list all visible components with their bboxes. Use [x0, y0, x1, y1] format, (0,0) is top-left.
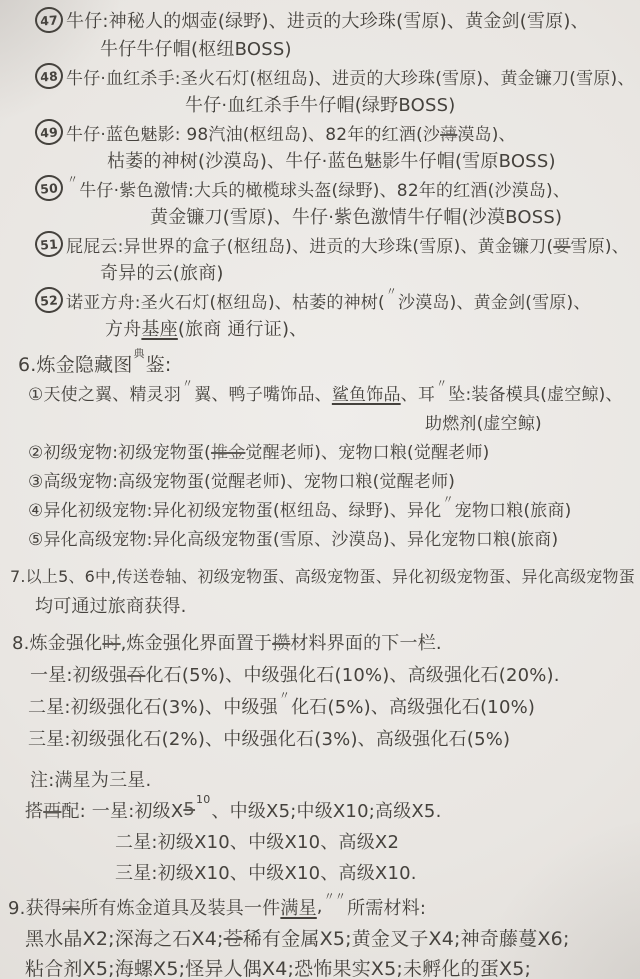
- circled-number: 51: [34, 230, 64, 258]
- note-line: ④异化初级宠物:异化初级宠物蛋(枢纽岛、绿野)、异化〃宠物口粮(旅商): [0, 494, 640, 523]
- circled-number: 48: [34, 62, 64, 90]
- text-segment: 诺亚方舟:圣火石灯(枢纽岛)、枯萎的神树(: [66, 288, 385, 313]
- text-segment: 10: [196, 794, 210, 805]
- note-line: 牛仔·血红杀手牛仔帽(绿野BOSS): [0, 90, 640, 118]
- note-line: 52诺亚方舟:圣火石灯(枢纽岛)、枯萎的神树(〃沙漠岛)、黄金剑(雪原)、: [0, 286, 640, 314]
- note-lines: 47牛仔:神秘人的烟壶(绿野)、进贡的大珍珠(雪原)、黄金剑(雪原)、牛仔牛仔帽…: [0, 6, 640, 979]
- text-segment: 沙漠岛)、黄金剑(雪原)、: [398, 288, 591, 313]
- text-segment: 〃: [279, 690, 290, 701]
- note-line: 三星:初级强化石(2%)、中级强化石(3%)、高级强化石(5%): [0, 722, 640, 754]
- text-segment: 一星:初级强: [30, 661, 127, 687]
- note-line: 注:满星为三星.: [0, 764, 640, 794]
- note-line: 48牛仔·血红杀手:圣火石灯(枢纽岛)、进贡的大珍珠(雪原)、黄金镰刀(雪原)、: [0, 62, 640, 90]
- note-line: 8.炼金强化时,炼金强化界面置于攒材料界面的下一栏.: [0, 626, 640, 658]
- text-segment: 漠岛)、: [457, 120, 515, 145]
- text-segment: 坠:装备模具(虚空鲸)、: [448, 380, 622, 405]
- text-segment: 二星:初级强化石(3%)、中级强: [28, 693, 278, 719]
- text-segment: 吞: [127, 661, 145, 687]
- text-segment: ,炼金强化界面置于: [121, 629, 273, 655]
- text-segment: 助燃剂(虚空鲸): [425, 409, 542, 434]
- note-line: ③高级宠物:高级宠物蛋(觉醒老师)、宠物口粮(觉醒老师): [0, 465, 640, 494]
- text-segment: 材料界面的下一栏.: [290, 629, 442, 655]
- text-segment: 6.炼金隐藏图: [18, 350, 133, 377]
- text-segment: 牛仔·蓝色魅影: 98汽油(枢纽岛)、82年的红酒(沙: [66, 120, 440, 145]
- text-segment: 所有炼金道具及装具一件: [80, 894, 280, 920]
- note-line: 三星:初级X10、中级X10、高级X10.: [0, 856, 640, 887]
- note-line: 47牛仔:神秘人的烟壶(绿野)、进贡的大珍珠(雪原)、黄金剑(雪原)、: [0, 6, 640, 34]
- text-segment: 搭: [25, 797, 43, 823]
- text-segment: 牛仔·血红杀手:圣火石灯(枢纽岛)、进贡的大珍珠(雪原)、黄金镰刀(雪原)、: [66, 64, 635, 89]
- text-segment: 化石(5%)、高级强化石(10%): [291, 693, 535, 719]
- text-segment: 觉醒老师)、宠物口粮(觉醒老师): [245, 438, 489, 463]
- text-segment: ①天使之翼、精灵羽: [28, 380, 181, 405]
- note-line: 黑水晶X2;深海之石X4;苍稀有金属X5;黄金叉子X4;神奇藤蔓X6;: [0, 922, 640, 952]
- text-segment: ,: [317, 896, 323, 917]
- circled-number: 50: [34, 174, 64, 202]
- text-segment: 牛仔·紫色激情:大兵的橄榄球头盔(绿野)、82年的红酒(沙漠岛)、: [79, 176, 570, 201]
- text-segment: 三星:初级X10、中级X10、高级X10.: [115, 859, 417, 885]
- note-line: ②初级宠物:初级宠物蛋(推金觉醒老师)、宠物口粮(觉醒老师): [0, 436, 640, 465]
- text-segment: 〃: [442, 494, 453, 505]
- note-line: ⑤异化高级宠物:异化高级宠物蛋(雪原、沙漠岛)、异化宠物口粮(旅商): [0, 523, 640, 552]
- note-line: 51屁屁云:异世界的盒子(枢纽岛)、进贡的大珍珠(雪原)、黄金镰刀(要雪原)、: [0, 230, 640, 258]
- text-segment: 鲨鱼饰品: [332, 380, 401, 405]
- text-segment: ③高级宠物:高级宠物蛋(觉醒老师)、宠物口粮(觉醒老师): [28, 467, 455, 492]
- text-segment: 均可通过旅商获得.: [35, 592, 187, 618]
- text-segment: 化石(5%)、中级强化石(10%)、高级强化石(20%).: [145, 661, 559, 687]
- text-segment: 黑水晶X2;深海之石X4;: [25, 924, 224, 951]
- note-line: 方舟基座(旅商 通行证)、: [0, 314, 640, 342]
- note-line: 牛仔牛仔帽(枢纽BOSS): [0, 34, 640, 62]
- text-segment: 苍: [224, 924, 243, 951]
- text-segment: (旅商 通行证)、: [178, 315, 308, 341]
- text-segment: 〃: [436, 378, 447, 389]
- note-line: ①天使之翼、精灵羽〃翼、鸭子嘴饰品、鲨鱼饰品、耳〃坠:装备模具(虚空鲸)、: [0, 378, 640, 407]
- notes-photo: 47牛仔:神秘人的烟壶(绿野)、进贡的大珍珠(雪原)、黄金剑(雪原)、牛仔牛仔帽…: [0, 0, 640, 979]
- note-line: 9.获得宋所有炼金道具及装具一件满星,〃〃所需材料:: [0, 891, 640, 922]
- text-segment: 所需材料:: [347, 894, 426, 920]
- text-segment: 时: [102, 629, 120, 655]
- text-segment: ②初级宠物:初级宠物蛋(: [28, 438, 211, 463]
- note-line: 粘合剂X5;海螺X5;怪异人偶X4;恐怖果实X5;未孵化的蛋X5;: [0, 952, 640, 979]
- note-line: 49牛仔·蓝色魅影: 98汽油(枢纽岛)、82年的红酒(沙薄漠岛)、: [0, 118, 640, 146]
- text-segment: 牛仔·血红杀手牛仔帽(绿野BOSS): [185, 91, 455, 117]
- text-segment: 鉴:: [146, 350, 172, 377]
- text-segment: 宠物口粮(旅商): [455, 496, 572, 521]
- note-line: 搭酉配: 一星:初级X510、中级X5;中级X10;高级X5.: [0, 794, 640, 825]
- text-segment: 粘合剂X5;海螺X5;怪异人偶X4;恐怖果实X5;未孵化的蛋X5;: [25, 954, 531, 979]
- text-segment: 方舟: [105, 315, 141, 341]
- text-segment: 8.炼金强化: [12, 629, 102, 655]
- text-segment: 宋: [62, 894, 80, 920]
- text-segment: 奇异的云(旅商): [100, 259, 224, 285]
- note-line: 一星:初级强吞化石(5%)、中级强化石(10%)、高级强化石(20%).: [0, 658, 640, 690]
- text-segment: 薄: [440, 120, 457, 145]
- circled-number: 47: [34, 6, 64, 34]
- note-line: 黄金镰刀(雪原)、牛仔·紫色激情牛仔帽(沙漠BOSS): [0, 202, 640, 230]
- text-segment: 满星: [280, 894, 316, 920]
- text-segment: 、耳: [401, 380, 435, 405]
- note-line: 均可通过旅商获得.: [0, 590, 640, 620]
- circled-number: 52: [34, 286, 64, 314]
- note-line: 枯萎的神树(沙漠岛)、牛仔·蓝色魅影牛仔帽(雪原BOSS): [0, 146, 640, 174]
- text-segment: 攒: [272, 629, 290, 655]
- text-segment: 推金: [211, 438, 245, 463]
- text-segment: 翼、鸭子嘴饰品、: [194, 380, 332, 405]
- text-segment: 〃〃: [324, 891, 346, 902]
- text-segment: 稀有金属X5;黄金叉子X4;神奇藤蔓X6;: [243, 924, 570, 951]
- text-segment: 〃: [67, 174, 78, 185]
- text-segment: 要: [553, 232, 570, 257]
- note-line: 7.以上5、6中,传送卷轴、初级宠物蛋、高级宠物蛋、异化初级宠物蛋、异化高级宠物…: [0, 560, 640, 590]
- note-line: 二星:初级强化石(3%)、中级强〃化石(5%)、高级强化石(10%): [0, 690, 640, 722]
- text-segment: 注:满星为三星.: [30, 766, 151, 792]
- text-segment: ⑤异化高级宠物:异化高级宠物蛋(雪原、沙漠岛)、异化宠物口粮(旅商): [28, 525, 558, 550]
- text-segment: 酉: [43, 797, 61, 823]
- text-segment: 二星:初级X10、中级X10、高级X2: [115, 828, 399, 854]
- text-segment: 黄金镰刀(雪原)、牛仔·紫色激情牛仔帽(沙漠BOSS): [150, 203, 562, 229]
- text-segment: 基座: [141, 315, 177, 341]
- text-segment: 牛仔牛仔帽(枢纽BOSS): [100, 35, 292, 61]
- text-segment: 配: 一星:初级X: [61, 797, 183, 823]
- text-segment: 7.以上5、6中,传送卷轴、初级宠物蛋、高级宠物蛋、异化初级宠物蛋、异化高级宠物…: [10, 564, 635, 587]
- text-segment: 〃: [386, 286, 397, 297]
- text-segment: 5: [183, 799, 195, 820]
- text-segment: 屁屁云:异世界的盒子(枢纽岛)、进贡的大珍珠(雪原)、黄金镰刀(: [66, 232, 553, 257]
- note-line: 助燃剂(虚空鲸): [0, 407, 640, 436]
- text-segment: 三星:初级强化石(2%)、中级强化石(3%)、高级强化石(5%): [28, 725, 510, 751]
- text-segment: 〃: [182, 378, 193, 389]
- text-segment: 典: [134, 348, 145, 359]
- note-line: 6.炼金隐藏图典鉴:: [0, 348, 640, 378]
- circled-number: 49: [34, 118, 64, 146]
- text-segment: 牛仔:神秘人的烟壶(绿野)、进贡的大珍珠(雪原)、黄金剑(雪原)、: [66, 7, 589, 33]
- text-segment: 、中级X5;中级X10;高级X5.: [211, 797, 441, 823]
- text-segment: ④异化初级宠物:异化初级宠物蛋(枢纽岛、绿野)、异化: [28, 496, 441, 521]
- text-segment: 雪原)、: [571, 232, 629, 257]
- note-line: 奇异的云(旅商): [0, 258, 640, 286]
- text-segment: 9.获得: [8, 894, 62, 920]
- text-segment: 枯萎的神树(沙漠岛)、牛仔·蓝色魅影牛仔帽(雪原BOSS): [107, 147, 556, 173]
- note-line: 50〃牛仔·紫色激情:大兵的橄榄球头盔(绿野)、82年的红酒(沙漠岛)、: [0, 174, 640, 202]
- note-line: 二星:初级X10、中级X10、高级X2: [0, 825, 640, 856]
